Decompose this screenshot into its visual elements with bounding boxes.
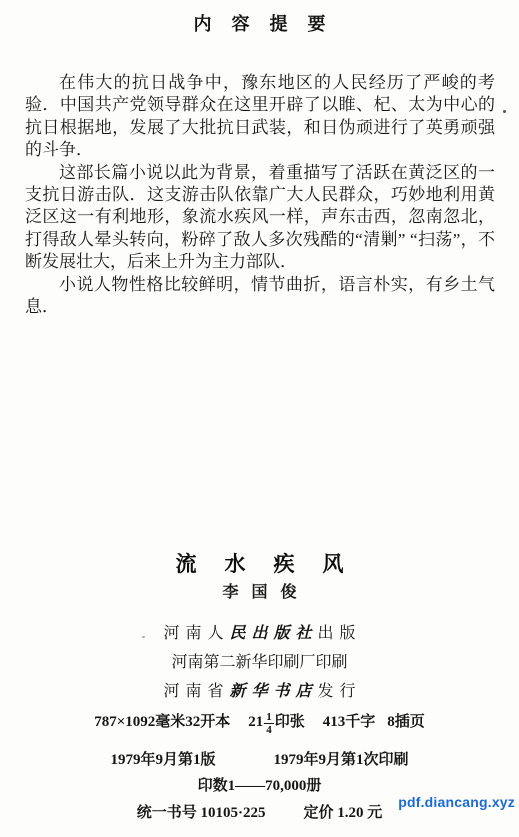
summary-paragraph-2: 这部长篇小说以此为背景，着重描写了活跃在黄泛区的一支抗日游击队．这支游击队依靠广… [25, 162, 495, 274]
summary-paragraph-1: 在伟大的抗日战争中，豫东地区的人民经历了严峻的考验．中国共产党领导群众在这里开辟… [25, 72, 495, 162]
scan-speck [503, 110, 506, 113]
sheets-whole: 21 [248, 714, 263, 730]
content-summary: 在伟大的抗日战争中，豫东地区的人民经历了严峻的考验．中国共产党领导群众在这里开辟… [25, 72, 495, 318]
page-title: 内容提要 [0, 10, 519, 36]
book-author: 李国俊 [0, 579, 519, 602]
fraction-denominator: 4 [264, 724, 274, 736]
publisher-prefix: 河南人 [163, 625, 229, 642]
word-count: 413千字 [323, 714, 376, 730]
publisher-line: 河南人民出版社出版 [0, 619, 519, 648]
edition-text: 1979年9月第1版 [110, 752, 215, 768]
sheets-label: 印张 [275, 714, 305, 730]
format-spec: 787×1092毫米32开本 [94, 714, 230, 730]
publisher-script-name: 民出版社 [229, 625, 317, 642]
printing-text: 1979年9月第1次印刷 [274, 752, 409, 768]
edition-line: 1979年9月第1版1979年9月第1次印刷 [0, 750, 519, 770]
watermark-text: pdf.diancang.xyz [398, 794, 515, 810]
distributor-prefix: 河南省 [163, 683, 229, 700]
fraction-numerator: 1 [264, 711, 274, 724]
summary-paragraph-3: 小说人物性格比较鲜明，情节曲折，语言朴实，有乡土气息． [25, 274, 495, 319]
book-number: 统一书号 10105·225 [137, 805, 266, 821]
distributor-script-name: 新华书店 [229, 683, 317, 700]
plates-count: 8插页 [387, 714, 425, 730]
sheets-fraction: 14 [264, 711, 274, 736]
price-text: 定价 1.20 元 [304, 805, 383, 821]
imprint-block: 河南人民出版社出版 河南第二新华印刷厂印刷 河南省新华书店发行 [0, 619, 519, 706]
distributor-line: 河南省新华书店发行 [0, 677, 519, 706]
printer-line: 河南第二新华印刷厂印刷 [0, 648, 519, 677]
scanned-book-page: 内容提要 在伟大的抗日战争中，豫东地区的人民经历了严峻的考验．中国共产党领导群众… [0, 0, 519, 837]
book-title: 流水疾风 [0, 548, 519, 578]
scan-speck [142, 636, 145, 638]
distributor-suffix: 发行 [318, 683, 362, 700]
format-line: 787×1092毫米32开本2114印张413千字8插页 [0, 711, 519, 736]
publisher-suffix: 出版 [318, 625, 362, 642]
